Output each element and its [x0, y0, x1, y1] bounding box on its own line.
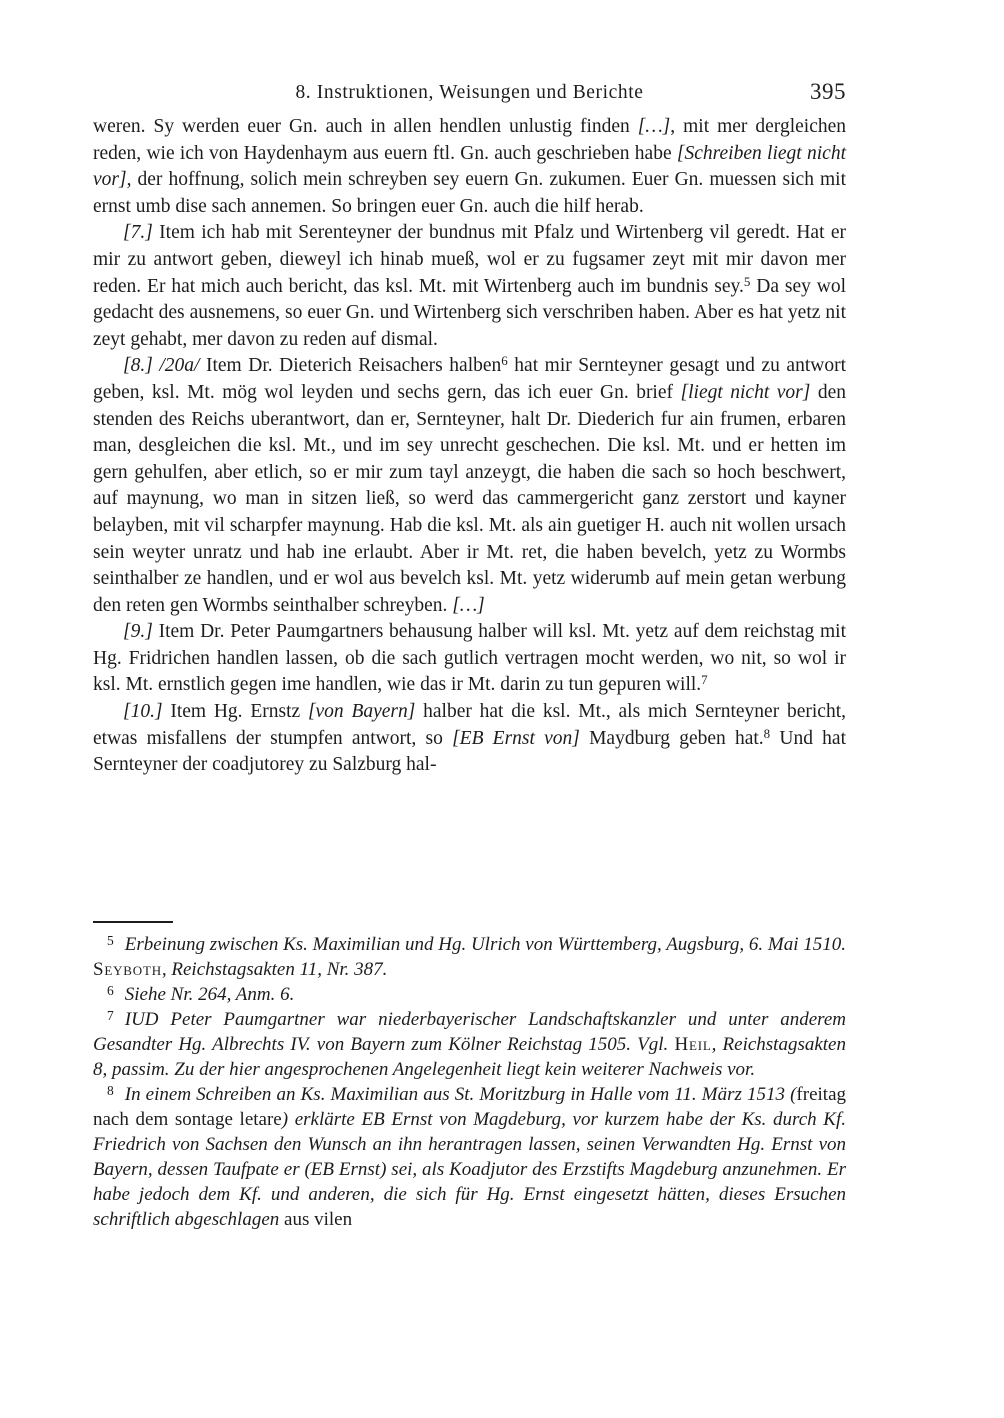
footnote-marker: 8: [107, 1083, 114, 1098]
section-heading: 8. Instruktionen, Weisungen und Berichte: [93, 82, 846, 104]
text-segment: Seyboth: [93, 959, 162, 980]
text-segment: aus vilen: [284, 1209, 352, 1230]
paragraph-item-10: [10.] Item Hg. Ernstz [von Bayern] halbe…: [93, 699, 846, 779]
footnote-text: IUD Peter Paumgartner war niederbayerisc…: [93, 1009, 846, 1080]
text-segment: Maydburg geben hat.: [580, 728, 764, 749]
paragraph-item-7: [7.] Item ich hab mit Serenteyner der bu…: [93, 220, 846, 353]
paragraph-item-9: [9.] Item Dr. Peter Paumgartners behausu…: [93, 619, 846, 699]
footnote-marker: 6: [107, 983, 114, 998]
text-segment: Item Dr. Dieterich Reisachers halben: [199, 355, 501, 376]
main-text-block: weren. Sy werden euer Gn. auch in allen …: [93, 114, 846, 779]
text-segment: , Reichstagsakten 11, Nr. 387.: [162, 959, 388, 980]
footnote-reference: 7: [701, 672, 708, 687]
page-number: 395: [810, 79, 846, 105]
text-segment: […]: [452, 595, 485, 616]
footnote-5: 5Erbeinung zwischen Ks. Maximilian und H…: [93, 932, 846, 982]
text-segment: [10.]: [123, 701, 163, 722]
text-segment: Heil: [674, 1034, 711, 1055]
text-segment: Item ich hab mit Serenteyner der bundnus…: [93, 222, 846, 296]
text-segment: [EB Ernst von]: [452, 728, 580, 749]
text-segment: In einem Schreiben an Ks. Maximilian aus…: [125, 1084, 797, 1105]
text-segment: Erbeinung zwischen Ks. Maximilian und Hg…: [125, 934, 846, 955]
text-segment: […]: [638, 116, 671, 137]
book-page: 8. Instruktionen, Weisungen und Berichte…: [0, 0, 1004, 1418]
footnote-text: In einem Schreiben an Ks. Maximilian aus…: [93, 1084, 846, 1230]
text-segment: Siehe Nr. 264, Anm. 6.: [125, 984, 295, 1005]
text-segment: [8.] /20a/: [123, 355, 199, 376]
footnote-text: Siehe Nr. 264, Anm. 6.: [125, 984, 295, 1005]
paragraph-item-8: [8.] /20a/ Item Dr. Dieterich Reisachers…: [93, 353, 846, 619]
running-header: 8. Instruktionen, Weisungen und Berichte…: [93, 82, 846, 108]
text-segment: den stenden des Reichs uberantwort, dan …: [93, 382, 846, 616]
footnote-marker: 7: [107, 1008, 114, 1023]
footnote-separator-rule: [93, 921, 173, 923]
text-segment: [liegt nicht vor]: [681, 382, 811, 403]
text-segment: [7.]: [123, 222, 153, 243]
text-segment: [9.]: [123, 621, 153, 642]
footnote-7: 7IUD Peter Paumgartner war niederbayeris…: [93, 1007, 846, 1082]
text-segment: , der hoffnung, solich mein schreyben se…: [93, 169, 846, 217]
footnote-6: 6Siehe Nr. 264, Anm. 6.: [93, 982, 846, 1007]
text-segment: Item Hg. Ernstz: [163, 701, 308, 722]
footnotes-section: 5Erbeinung zwischen Ks. Maximilian und H…: [93, 921, 846, 1232]
text-segment: [von Bayern]: [308, 701, 415, 722]
footnote-marker: 5: [107, 933, 114, 948]
text-segment: weren. Sy werden euer Gn. auch in allen …: [93, 116, 638, 137]
footnote-8: 8In einem Schreiben an Ks. Maximilian au…: [93, 1082, 846, 1232]
footnote-text: Erbeinung zwischen Ks. Maximilian und Hg…: [93, 934, 846, 980]
text-segment: Item Dr. Peter Paumgartners behausung ha…: [93, 621, 846, 695]
paragraph-continuation: weren. Sy werden euer Gn. auch in allen …: [93, 114, 846, 220]
